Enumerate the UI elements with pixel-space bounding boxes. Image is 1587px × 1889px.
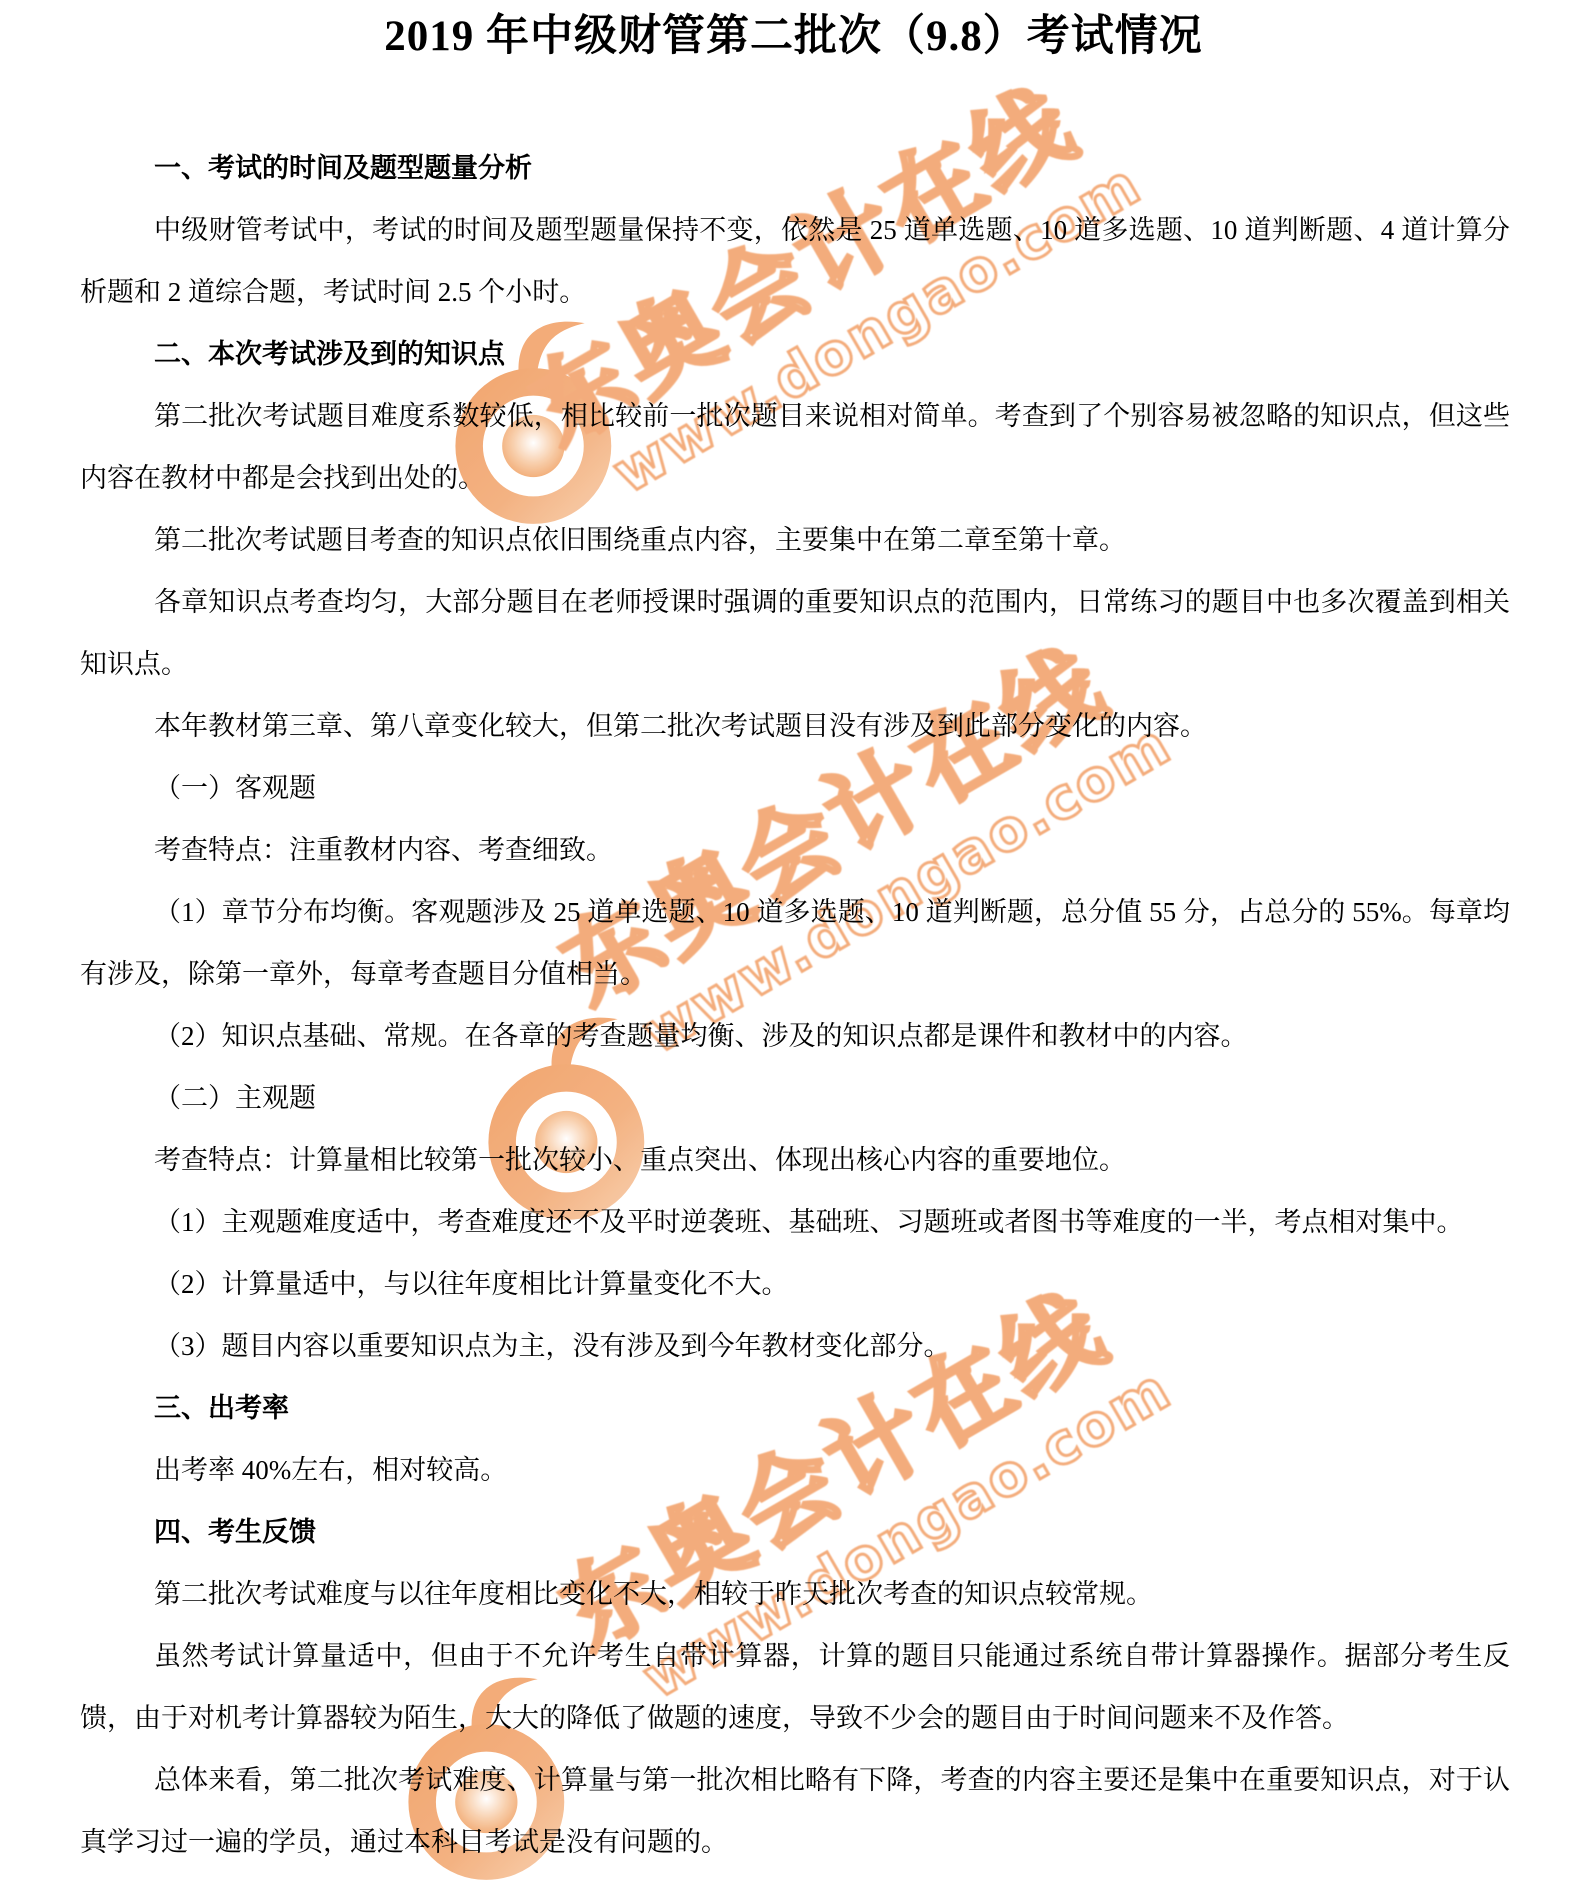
paragraph: 总体来看，第二批次考试难度、计算量与第一批次相比略有下降，考查的内容主要还是集中… xyxy=(80,1749,1510,1873)
document-body: 一、考试的时间及题型题量分析中级财管考试中，考试的时间及题型题量保持不变，依然是… xyxy=(80,137,1510,1873)
paragraph: （2）计算量适中，与以往年度相比计算量变化不大。 xyxy=(80,1253,1510,1315)
document-content: 2019 年中级财管第二批次（9.8）考试情况 一、考试的时间及题型题量分析中级… xyxy=(0,0,1587,1873)
paragraph: 第二批次考试难度与以往年度相比变化不大，相较于昨天批次考查的知识点较常规。 xyxy=(80,1563,1510,1625)
paragraph: 虽然考试计算量适中，但由于不允许考生自带计算器，计算的题目只能通过系统自带计算器… xyxy=(80,1625,1510,1749)
paragraph: （2）知识点基础、常规。在各章的考查题量均衡、涉及的知识点都是课件和教材中的内容… xyxy=(80,1005,1510,1067)
paragraph: （二）主观题 xyxy=(80,1067,1510,1129)
paragraph: （一）客观题 xyxy=(80,757,1510,819)
paragraph: 第二批次考试题目考查的知识点依旧围绕重点内容，主要集中在第二章至第十章。 xyxy=(80,509,1510,571)
section-heading: 三、出考率 xyxy=(80,1377,1510,1439)
paragraph: （3）题目内容以重要知识点为主，没有涉及到今年教材变化部分。 xyxy=(80,1315,1510,1377)
paragraph: 考查特点：注重教材内容、考查细致。 xyxy=(80,819,1510,881)
paragraph: 出考率 40%左右，相对较高。 xyxy=(80,1439,1510,1501)
paragraph: （1）主观题难度适中，考查难度还不及平时逆袭班、基础班、习题班或者图书等难度的一… xyxy=(80,1191,1510,1253)
paragraph: 中级财管考试中，考试的时间及题型题量保持不变，依然是 25 道单选题、10 道多… xyxy=(80,199,1510,323)
paragraph: 考查特点：计算量相比较第一批次较小、重点突出、体现出核心内容的重要地位。 xyxy=(80,1129,1510,1191)
paragraph: 第二批次考试题目难度系数较低，相比较前一批次题目来说相对简单。考查到了个别容易被… xyxy=(80,385,1510,509)
document-page: { "page": { "title": "2019 年中级财管第二批次（9.8… xyxy=(0,0,1587,1889)
section-heading: 一、考试的时间及题型题量分析 xyxy=(80,137,1510,199)
paragraph: 各章知识点考查均匀，大部分题目在老师授课时强调的重要知识点的范围内，日常练习的题… xyxy=(80,571,1510,695)
section-heading: 四、考生反馈 xyxy=(80,1501,1510,1563)
paragraph: （1）章节分布均衡。客观题涉及 25 道单选题、10 道多选题、10 道判断题，… xyxy=(80,881,1510,1005)
section-heading: 二、本次考试涉及到的知识点 xyxy=(80,323,1510,385)
paragraph: 本年教材第三章、第八章变化较大，但第二批次考试题目没有涉及到此部分变化的内容。 xyxy=(80,695,1510,757)
page-title: 2019 年中级财管第二批次（9.8）考试情况 xyxy=(0,0,1587,72)
